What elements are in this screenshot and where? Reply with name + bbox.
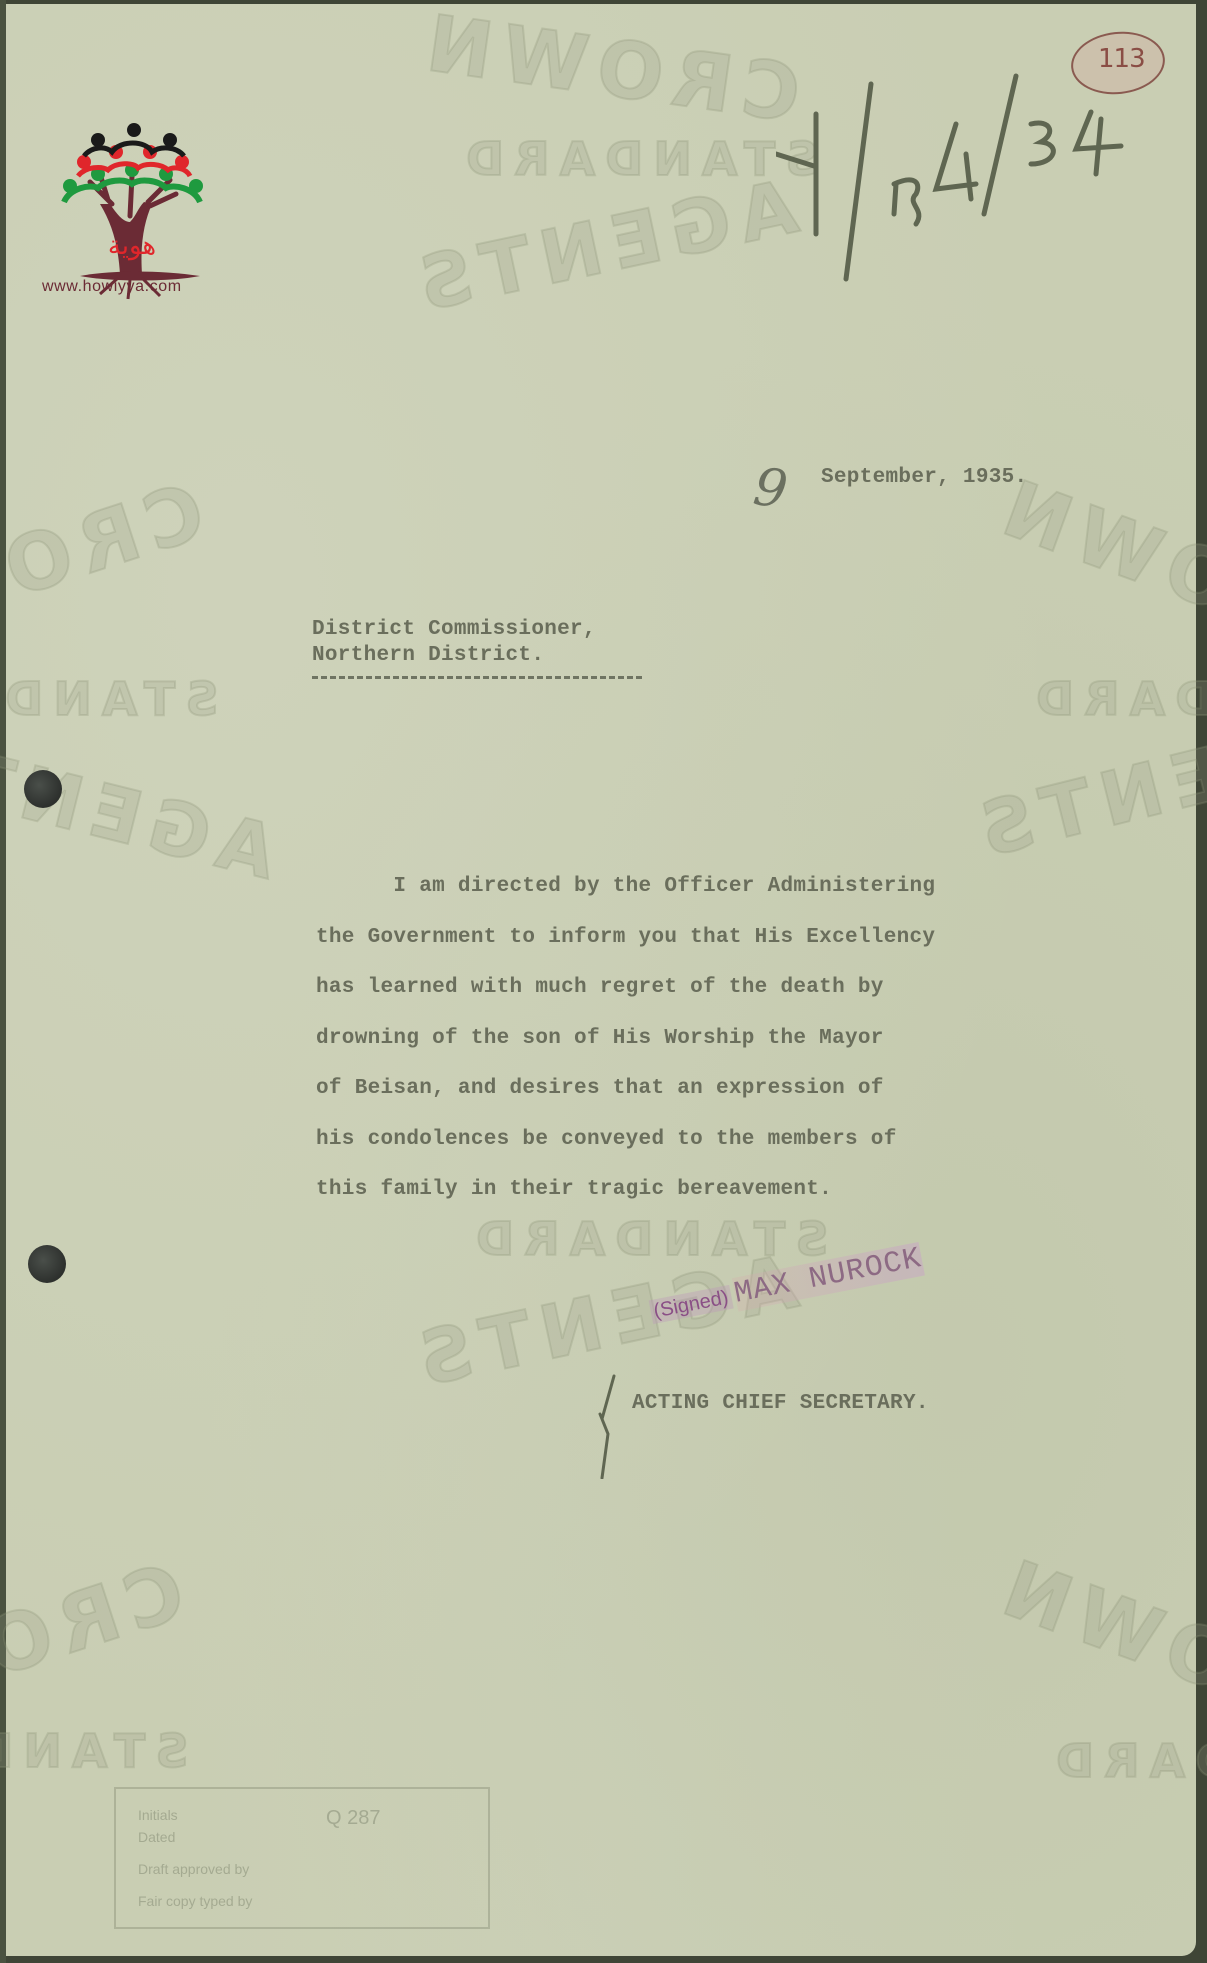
date-day-handwritten: 9 bbox=[750, 457, 791, 521]
logo-url: www.howiyya.com bbox=[42, 278, 222, 296]
body-line: I am directed by the Officer Administeri… bbox=[316, 862, 1076, 913]
watermark-agents: AGENTS bbox=[401, 164, 805, 330]
registry-line: Initials bbox=[138, 1807, 178, 1823]
registry-stamp-box: Initials Dated Draft approved by Fair co… bbox=[114, 1787, 490, 1929]
addressee-underline bbox=[312, 676, 642, 679]
body-line: the Government to inform you that His Ex… bbox=[316, 913, 1076, 964]
registry-line: Fair copy typed by bbox=[138, 1893, 252, 1909]
watermark-crown-right: CROWN bbox=[982, 461, 1207, 677]
addressee-line-1: District Commissioner, bbox=[312, 618, 596, 641]
document-page: CROWN STANDARD AGENTS CROWN STANDARD AGE… bbox=[6, 4, 1196, 1956]
tree-of-people-logo-icon: هوية bbox=[40, 104, 230, 304]
watermark-standard-bottom-left: STANDARD bbox=[0, 1724, 188, 1778]
watermark-crown-bottom-right: CROWN bbox=[982, 1541, 1207, 1757]
body-line: drowning of the son of His Worship the M… bbox=[316, 1014, 1076, 1065]
registry-line: Dated bbox=[138, 1829, 175, 1845]
watermark-standard-left: STANDARD bbox=[0, 672, 218, 726]
letter-body: I am directed by the Officer Administeri… bbox=[316, 862, 1076, 1216]
body-line: of Beisan, and desires that an expressio… bbox=[316, 1064, 1076, 1115]
punch-hole bbox=[28, 1245, 66, 1283]
body-line: has learned with much regret of the deat… bbox=[316, 963, 1076, 1014]
letter-date: September, 1935. bbox=[821, 466, 1027, 489]
svg-text:هوية: هوية bbox=[108, 231, 156, 261]
body-line: his condolences be conveyed to the membe… bbox=[316, 1115, 1076, 1166]
signatory-title: ACTING CHIEF SECRETARY. bbox=[632, 1392, 929, 1415]
watermark-crown-left: CROWN bbox=[0, 467, 215, 672]
watermark-standard-right: STANDARD bbox=[1026, 672, 1207, 726]
addressee-line-2: Northern District. bbox=[312, 644, 544, 667]
initial-mark-icon bbox=[594, 1374, 618, 1479]
watermark-standard-bottom-right: STANDARD bbox=[1046, 1734, 1207, 1788]
watermark-crown: CROWN bbox=[412, 0, 806, 140]
registry-line: Draft approved by bbox=[138, 1861, 249, 1877]
body-line: this family in their tragic bereavement. bbox=[316, 1165, 1076, 1216]
file-reference-handwritten: Y/154/34 bbox=[776, 64, 1156, 314]
registry-handwritten-code: Q 287 bbox=[326, 1807, 380, 1830]
folio-number: 113 bbox=[1098, 44, 1145, 74]
watermark-crown-bottom-left: CROWN bbox=[0, 1547, 195, 1752]
punch-hole bbox=[24, 770, 62, 808]
